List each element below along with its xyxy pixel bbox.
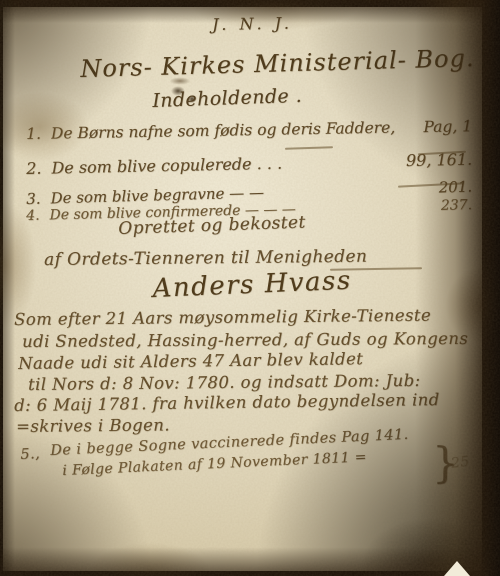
toc-page-ref: Pag, 1: [423, 117, 472, 136]
note-number: 5.,: [20, 446, 40, 463]
margin-mark: 25: [450, 453, 471, 471]
toc-number: 4.: [26, 208, 40, 224]
toc-number: 1.: [26, 125, 41, 143]
toc-page-ref: 237.: [441, 197, 473, 214]
body-line-6: =skrives i Bogen.: [16, 415, 170, 436]
invocation-header: J. N. J.: [212, 14, 293, 34]
toc-page-ref: 201.: [438, 178, 472, 197]
manuscript-photo: J. N. J. Nors- Kirkes Ministerial- Bog. …: [0, 0, 500, 576]
body-line-2: udi Snedsted, Hassing-herred, af Guds og…: [22, 329, 468, 351]
toc-number: 2.: [26, 159, 42, 178]
toc-number: 3.: [26, 190, 41, 208]
